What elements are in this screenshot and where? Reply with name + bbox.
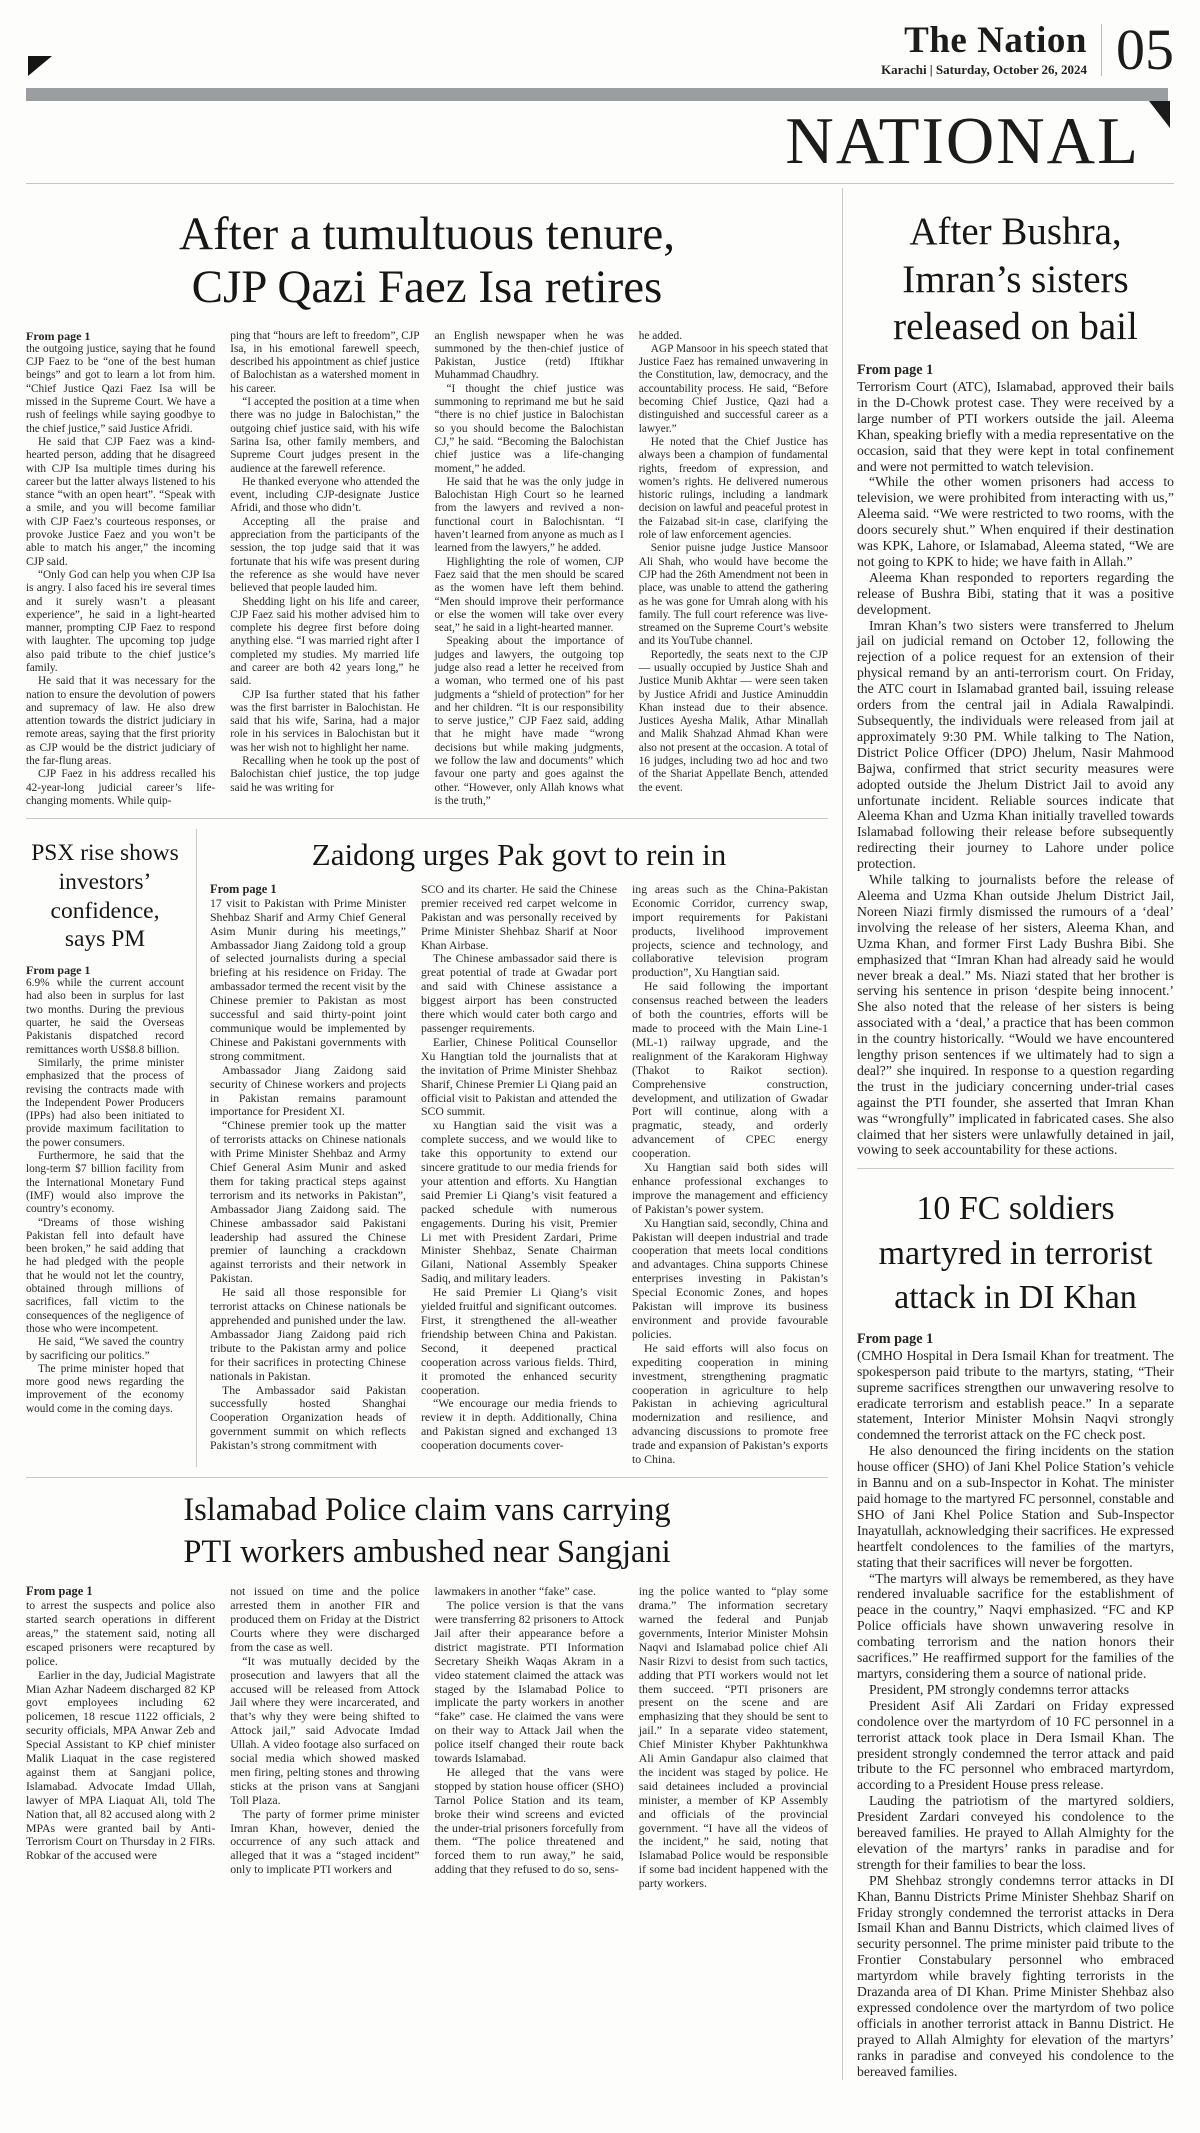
paragraph: lawmakers in another “fake” case. <box>435 1585 624 1599</box>
section-bar <box>26 88 1168 101</box>
paragraph: Recalling when he took up the post of Ba… <box>230 755 419 795</box>
paragraph: Reportedly, the seats next to the CJP — … <box>639 649 828 795</box>
paragraph: ing areas such as the China-Pakistan Eco… <box>632 883 828 980</box>
paragraph: After Bushra, <box>863 208 1168 256</box>
paragraph: martyred in terrorist <box>857 1232 1174 1276</box>
paragraph: Furthermore, he said that the long-term … <box>26 1150 184 1216</box>
paragraph: ping that “hours are left to freedom”, C… <box>230 330 419 396</box>
paragraph: The Ambassador said Pakistan successfull… <box>210 1384 406 1454</box>
paragraph: released on bail <box>863 303 1168 351</box>
paragraph: He said that CJP Faez was a kind-hearted… <box>26 436 215 569</box>
paragraph: ing the police wanted to “play some dram… <box>639 1585 828 1891</box>
article-cjp-col1: From page 1 the outgoing justice, saying… <box>26 330 215 809</box>
paragraph: President, PM strongly condemns terror a… <box>857 1682 1174 1698</box>
paragraph: (CMHO Hospital in Dera Ismail Khan for t… <box>857 1348 1174 1443</box>
article-sangjani-body: From page 1 to arrest the suspects and p… <box>26 1585 828 1891</box>
paragraph: 10 FC soldiers <box>857 1187 1174 1231</box>
article-bushra-headline: After Bushra,Imran’s sistersreleased on … <box>863 208 1168 351</box>
paragraph: Similarly, the prime minister emphasized… <box>26 1057 184 1150</box>
paragraph: He said efforts will also focus on exped… <box>632 1342 828 1467</box>
paragraph: The Chinese ambassador said there is gre… <box>421 952 617 1035</box>
paragraph: CJP Isa further stated that his father w… <box>230 689 419 755</box>
paragraph: Shedding light on his life and career, C… <box>230 596 419 689</box>
horizontal-rule <box>26 818 828 819</box>
masthead: The Nation Karachi | Saturday, October 2… <box>26 0 1174 78</box>
paragraph: to arrest the suspects and police also s… <box>26 1599 215 1669</box>
paragraph: He said that it was necessary for the na… <box>26 675 215 768</box>
dateline: Karachi | Saturday, October 26, 2024 <box>881 62 1087 78</box>
article-sangjani-col1-text: to arrest the suspects and police also s… <box>26 1599 215 1863</box>
paragraph: He alleged that the vans were stopped by… <box>435 1766 624 1877</box>
article-cjp-col1-text: the outgoing justice, saying that he fou… <box>26 343 215 808</box>
paragraph: the outgoing justice, saying that he fou… <box>26 343 215 436</box>
article-sangjani-headline: Islamabad Police claim vans carryingPTI … <box>26 1490 828 1573</box>
paragraph: He said, “We saved the country by sacrif… <box>26 1336 184 1363</box>
paragraph: Earlier, Chinese Political Counsellor Xu… <box>421 1036 617 1119</box>
kicker: From page 1 <box>26 1585 215 1599</box>
kicker: From page 1 <box>26 964 184 977</box>
paragraph: PSX rise shows <box>26 839 184 868</box>
paragraph: investors’ <box>26 868 184 897</box>
right-column: After Bushra,Imran’s sistersreleased on … <box>842 188 1174 2079</box>
article-sangjani-col1: From page 1 to arrest the suspects and p… <box>26 1585 215 1891</box>
article-fc-headline: 10 FC soldiersmartyred in terroristattac… <box>857 1187 1174 1320</box>
article-zaidong-body: From page 1 17 visit to Pakistan with Pr… <box>210 883 828 1467</box>
kicker: From page 1 <box>857 363 1174 379</box>
paragraph: He said Premier Li Qiang’s visit yielded… <box>421 1286 617 1397</box>
masthead-divider <box>1101 24 1102 76</box>
paragraph: 17 visit to Pakistan with Prime Minister… <box>210 897 406 1064</box>
article-bushra: After Bushra,Imran’s sistersreleased on … <box>857 208 1174 1158</box>
paragraph: He thanked everyone who attended the eve… <box>230 476 419 516</box>
paragraph: He said all those responsible for terror… <box>210 1286 406 1383</box>
article-cjp-body: From page 1 the outgoing justice, saying… <box>26 330 828 809</box>
article-zaidong-headline: Zaidong urges Pak govt to rein in <box>210 837 828 873</box>
article-sangjani-col3: lawmakers in another “fake” case.The pol… <box>435 1585 624 1891</box>
paragraph: PTI workers ambushed near Sangjani <box>26 1532 828 1574</box>
article-fc-body: From page 1 (CMHO Hospital in Dera Ismai… <box>857 1332 1174 2080</box>
kicker: From page 1 <box>210 883 406 897</box>
paragraph: Imran’s sisters <box>863 256 1168 304</box>
paragraph: confidence, <box>26 897 184 926</box>
paragraph: President Asif Ali Zardari on Friday exp… <box>857 1698 1174 1793</box>
paragraph: “We encourage our media friends to revie… <box>421 1397 617 1453</box>
paragraph: Earlier in the day, Judicial Magistrate … <box>26 1669 215 1864</box>
paragraph: Xu Hangtian said both sides will enhance… <box>632 1161 828 1217</box>
section-title: NATIONAL <box>26 101 1174 184</box>
article-psx-headline: PSX rise showsinvestors’confidence,says … <box>26 839 184 954</box>
paragraph: The party of former prime minister Imran… <box>230 1808 419 1878</box>
paragraph: Aleema Khan responded to reporters regar… <box>857 570 1174 618</box>
paragraph: While talking to journalists before the … <box>857 872 1174 1158</box>
paragraph: He also denounced the firing incidents o… <box>857 1443 1174 1570</box>
paragraph: PM Shehbaz strongly condemns terror atta… <box>857 1873 1174 2080</box>
article-psx-text: 6.9% while the current account had also … <box>26 977 184 1416</box>
paragraph: attack in DI Khan <box>857 1276 1174 1320</box>
article-cjp-col2: ping that “hours are left to freedom”, C… <box>230 330 419 809</box>
article-cjp-col3: an English newspaper when he was summone… <box>435 330 624 809</box>
article-psx-body: From page 1 6.9% while the current accou… <box>26 964 184 1416</box>
article-zaidong-col3: ing areas such as the China-Pakistan Eco… <box>632 883 828 1467</box>
paragraph: xu Hangtian said the visit was a complet… <box>421 1119 617 1286</box>
masthead-text: The Nation Karachi | Saturday, October 2… <box>881 22 1087 78</box>
paragraph: The police version is that the vans were… <box>435 1599 624 1766</box>
paragraph: AGP Mansoor in his speech stated that Ju… <box>639 343 828 436</box>
paragraph: Lauding the patriotism of the martyred s… <box>857 1793 1174 1873</box>
paragraph: “The martyrs will always be remembered, … <box>857 1571 1174 1682</box>
left-region: After a tumultuous tenure,CJP Qazi Faez … <box>26 188 842 2079</box>
paragraph: SCO and its charter. He said the Chinese… <box>421 883 617 953</box>
kicker: From page 1 <box>857 1332 1174 1348</box>
article-bushra-body: From page 1 Terrorism Court (ATC), Islam… <box>857 363 1174 1158</box>
paragraph: He said that he was the only judge in Ba… <box>435 476 624 556</box>
paragraph: Ambassador Jiang Zaidong said security o… <box>210 1064 406 1120</box>
middle-row: PSX rise showsinvestors’confidence,says … <box>26 829 828 1467</box>
paragraph: Speaking about the importance of judges … <box>435 635 624 808</box>
paragraph: After a tumultuous tenure, <box>26 208 828 261</box>
paragraph: “Dreams of those wishing Pakistan fell i… <box>26 1217 184 1337</box>
paragraph: CJP Qazi Faez Isa retires <box>26 261 828 314</box>
paragraph: He noted that the Chief Justice has alwa… <box>639 436 828 542</box>
newspaper-title: The Nation <box>881 22 1087 59</box>
corner-flag-icon <box>28 56 52 76</box>
paragraph: “Chinese premier took up the matter of t… <box>210 1119 406 1286</box>
article-zaidong-col1: From page 1 17 visit to Pakistan with Pr… <box>210 883 406 1467</box>
paragraph: 6.9% while the current account had also … <box>26 977 184 1057</box>
horizontal-rule <box>857 1168 1174 1169</box>
article-bushra-text: Terrorism Court (ATC), Islamabad, approv… <box>857 379 1174 1158</box>
paragraph: he added. <box>639 330 828 343</box>
paragraph: “I thought the chief justice was summoni… <box>435 383 624 476</box>
paragraph: Islamabad Police claim vans carrying <box>26 1490 828 1532</box>
page-number: 05 <box>1116 24 1174 78</box>
paragraph: Highlighting the role of women, CJP Faez… <box>435 556 624 636</box>
article-cjp-col4: he added.AGP Mansoor in his speech state… <box>639 330 828 809</box>
newspaper-page: The Nation Karachi | Saturday, October 2… <box>0 0 1200 2133</box>
article-cjp-retires: After a tumultuous tenure,CJP Qazi Faez … <box>26 208 828 808</box>
paragraph: says PM <box>26 925 184 954</box>
kicker: From page 1 <box>26 330 215 343</box>
article-fc-text: (CMHO Hospital in Dera Ismail Khan for t… <box>857 1348 1174 2080</box>
article-sangjani-col4: ing the police wanted to “play some dram… <box>639 1585 828 1891</box>
paragraph: “While the other women prisoners had acc… <box>857 474 1174 569</box>
article-sangjani: Islamabad Police claim vans carryingPTI … <box>26 1490 828 1891</box>
article-cjp-headline: After a tumultuous tenure,CJP Qazi Faez … <box>26 208 828 313</box>
paragraph: Terrorism Court (ATC), Islamabad, approv… <box>857 379 1174 474</box>
paragraph: He said following the important consensu… <box>632 980 828 1161</box>
paragraph: not issued on time and the police arrest… <box>230 1585 419 1655</box>
article-zaidong: Zaidong urges Pak govt to rein in From p… <box>196 829 828 1467</box>
paragraph: The prime minister hoped that more good … <box>26 1363 184 1416</box>
paragraph: Accepting all the praise and appreciatio… <box>230 516 419 596</box>
paragraph: Xu Hangtian said, secondly, China and Pa… <box>632 1217 828 1342</box>
article-psx: PSX rise showsinvestors’confidence,says … <box>26 829 196 1467</box>
content-grid: After a tumultuous tenure,CJP Qazi Faez … <box>26 188 1174 2079</box>
article-zaidong-col2: SCO and its charter. He said the Chinese… <box>421 883 617 1467</box>
paragraph: an English newspaper when he was summone… <box>435 330 624 383</box>
paragraph: Senior puisne judge Justice Mansoor Ali … <box>639 542 828 648</box>
fold-triangle-icon <box>1149 101 1170 128</box>
paragraph: Imran Khan’s two sisters were transferre… <box>857 618 1174 873</box>
horizontal-rule <box>26 1477 828 1478</box>
article-zaidong-col1-text: 17 visit to Pakistan with Prime Minister… <box>210 897 406 1453</box>
paragraph: CJP Faez in his address recalled his 42-… <box>26 768 215 808</box>
paragraph: “It was mutually decided by the prosecut… <box>230 1655 419 1808</box>
paragraph: “I accepted the position at a time when … <box>230 396 419 476</box>
article-fc-soldiers: 10 FC soldiersmartyred in terroristattac… <box>857 1187 1174 2079</box>
article-sangjani-col2: not issued on time and the police arrest… <box>230 1585 419 1891</box>
paragraph: “Only God can help you when CJP Isa is a… <box>26 569 215 675</box>
